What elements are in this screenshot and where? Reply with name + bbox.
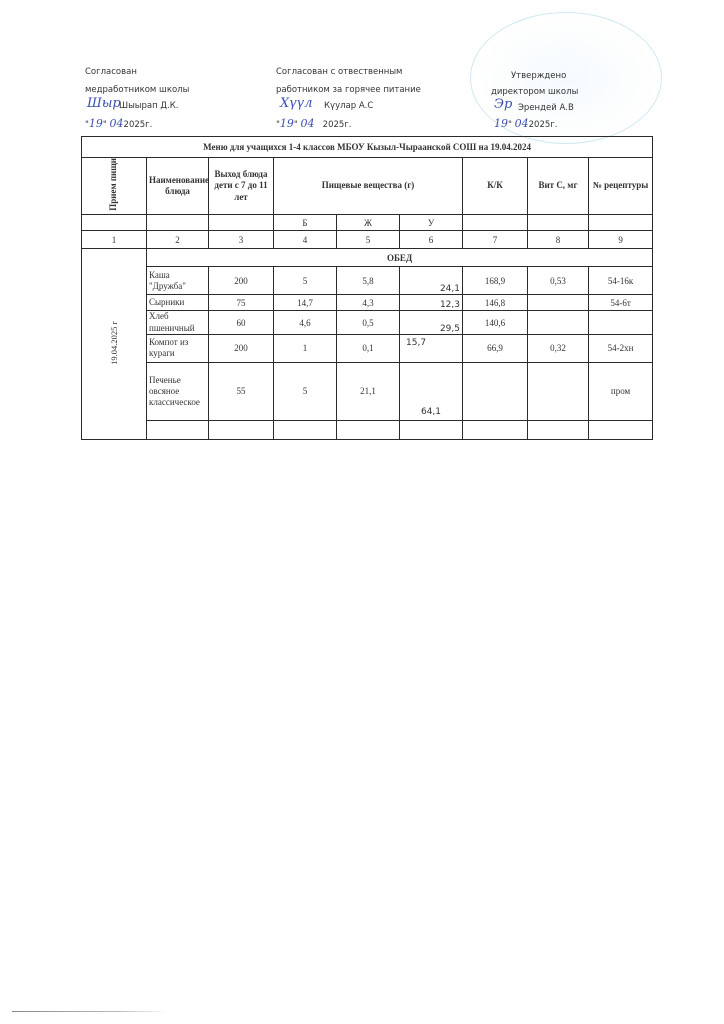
header-recipe: № рецептуры <box>589 158 653 215</box>
dish-carbs: 24,1 <box>400 267 463 295</box>
dish-vitc: 0,53 <box>528 267 589 295</box>
approval-year: 2025г. <box>529 120 558 130</box>
col-number: 3 <box>209 231 274 249</box>
dish-fat: 0,5 <box>337 311 400 335</box>
dish-fat: 5,8 <box>337 267 400 295</box>
approval-day: 19 <box>494 117 508 130</box>
header-kk: К/К <box>463 158 528 215</box>
dish-vitc <box>528 311 589 335</box>
col-number: 9 <box>589 231 653 249</box>
dish-protein: 1 <box>274 334 337 362</box>
menu-title: Меню для учащихся 1-4 классов МБОУ Кызыл… <box>82 137 653 158</box>
menu-table: Меню для учащихся 1-4 классов МБОУ Кызыл… <box>81 136 653 440</box>
dish-protein: 5 <box>274 362 337 420</box>
col-number: 6 <box>400 231 463 249</box>
dish-kk: 146,8 <box>463 295 528 311</box>
dish-output: 55 <box>209 362 274 420</box>
approval-line2: работником за горячее питание <box>276 86 421 95</box>
dish-recipe: 54-2хн <box>589 334 653 362</box>
signature: Хүүл <box>280 97 312 110</box>
dish-fat: 0,1 <box>337 334 400 362</box>
scan-edge-line <box>12 1011 167 1012</box>
signature: Эр <box>494 98 512 111</box>
dish-output: 75 <box>209 295 274 311</box>
header-nutrients: Пищевые вещества (г) <box>274 158 463 215</box>
dish-kk: 140,6 <box>463 311 528 335</box>
dish-name: Каша "Дружба" <box>147 267 209 295</box>
dish-recipe <box>589 311 653 335</box>
dish-kk: 168,9 <box>463 267 528 295</box>
dish-output: 60 <box>209 311 274 335</box>
dish-output: 200 <box>209 334 274 362</box>
subheader-fat: Ж <box>337 215 400 231</box>
table-row: Сырники 75 14,7 4,3 12,3 146,8 54-6т <box>82 295 653 311</box>
approval-line1: Утверждено <box>511 72 566 81</box>
dish-protein: 4,6 <box>274 311 337 335</box>
approval-day: 19 <box>280 117 294 130</box>
dish-name: Компот из кураги <box>147 334 209 362</box>
signature: Шыр <box>87 97 121 110</box>
col-number: 8 <box>528 231 589 249</box>
dish-name: Печенье овсяное классическое <box>147 362 209 420</box>
approval-name: Күулар А.С <box>324 102 373 111</box>
dish-carbs: 29,5 <box>400 311 463 335</box>
approval-month: 04 <box>110 117 124 130</box>
table-row: Компот из кураги 200 1 0,1 15,7 66,9 0,3… <box>82 334 653 362</box>
col-number: 5 <box>337 231 400 249</box>
dish-kk: 66,9 <box>463 334 528 362</box>
approval-month: 04 <box>515 117 529 130</box>
dish-vitc <box>528 295 589 311</box>
dish-recipe: пром <box>589 362 653 420</box>
dish-fat: 4,3 <box>337 295 400 311</box>
header-dish: Наименование блюда <box>147 158 209 215</box>
approval-name: Шыырап Д.К. <box>119 102 178 111</box>
dish-output: 200 <box>209 267 274 295</box>
dish-protein: 5 <box>274 267 337 295</box>
col-number: 1 <box>82 231 147 249</box>
col-number: 4 <box>274 231 337 249</box>
header-vitc: Вит С, мг <box>528 158 589 215</box>
dish-name: Хлеб пшеничный <box>147 311 209 335</box>
meal-date-cell: 19.04.2025 г <box>82 249 147 440</box>
header-output: Выход блюда дети с 7 до 11 лет <box>209 158 274 215</box>
dish-kk <box>463 362 528 420</box>
approval-year: 2025г. <box>124 120 153 130</box>
dish-fat: 21,1 <box>337 362 400 420</box>
approval-line1: Согласован <box>85 68 137 77</box>
dish-name: Сырники <box>147 295 209 311</box>
approval-month: 04 <box>301 117 315 130</box>
approval-year: 2025г. <box>323 120 352 130</box>
header-meal: Прием пищи <box>82 158 147 215</box>
col-number: 7 <box>463 231 528 249</box>
dish-carbs: 64,1 <box>400 362 463 420</box>
table-row-empty <box>82 420 653 439</box>
dish-carbs: 15,7 <box>400 334 463 362</box>
dish-recipe: 54-16к <box>589 267 653 295</box>
approval-name: Эрендей А.В <box>518 104 574 113</box>
approval-line2: директором школы <box>491 88 578 97</box>
subheader-carbs: У <box>400 215 463 231</box>
table-row: Печенье овсяное классическое 55 5 21,1 6… <box>82 362 653 420</box>
table-row: Каша "Дружба" 200 5 5,8 24,1 168,9 0,53 … <box>82 267 653 295</box>
section-lunch: ОБЕД <box>147 249 653 267</box>
dish-vitc <box>528 362 589 420</box>
subheader-protein: Б <box>274 215 337 231</box>
dish-vitc: 0,32 <box>528 334 589 362</box>
approval-line1: Согласован с отвественным <box>276 68 402 77</box>
table-row: Хлеб пшеничный 60 4,6 0,5 29,5 140,6 <box>82 311 653 335</box>
approval-day: 19 <box>89 117 103 130</box>
dish-protein: 14,7 <box>274 295 337 311</box>
dish-carbs: 12,3 <box>400 295 463 311</box>
dish-recipe: 54-6т <box>589 295 653 311</box>
col-number: 2 <box>147 231 209 249</box>
approval-line2: медработником школы <box>85 86 189 95</box>
